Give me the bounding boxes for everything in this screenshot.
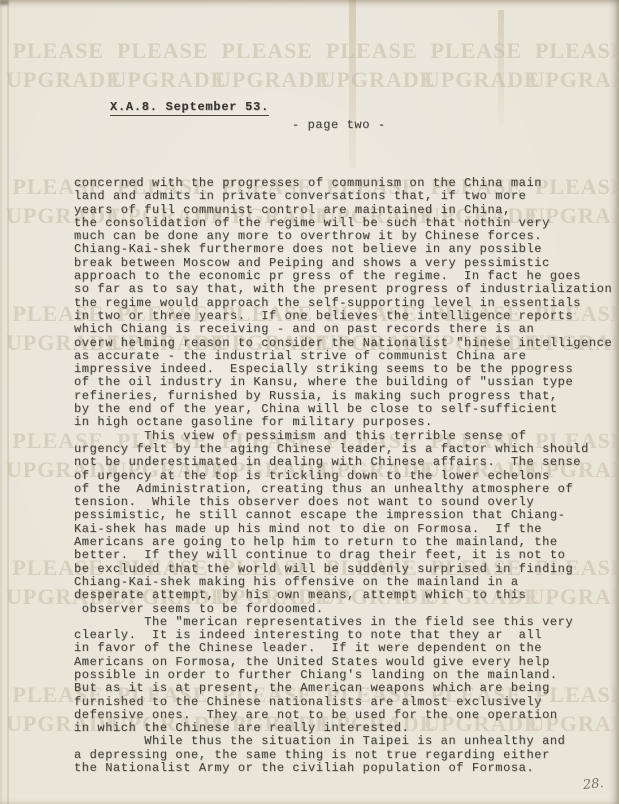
watermark-text: UPGRADE xyxy=(529,67,619,93)
watermark-text: PLEASE xyxy=(424,38,529,64)
watermark-text: UPGRADE xyxy=(320,67,425,93)
watermark-text: PLEASE xyxy=(111,38,216,64)
paper-crease xyxy=(498,10,504,125)
watermark-text: PLEASE xyxy=(215,38,320,64)
document-body-text: concerned with the progresses of communi… xyxy=(74,177,612,775)
page-label: - page two - xyxy=(292,118,386,132)
watermark-text: PLEASE xyxy=(320,38,425,64)
paper-crease xyxy=(349,0,356,168)
document-reference: X.A.8. September 53. xyxy=(110,100,269,116)
handwritten-page-number: 28. xyxy=(582,776,604,793)
paper-edge-line xyxy=(7,0,9,804)
scan-corner-smudge xyxy=(0,0,8,5)
document-page: PLEASEPLEASEPLEASEPLEASEPLEASEPLEASEUPGR… xyxy=(0,0,619,804)
watermark-text: PLEASE xyxy=(6,38,111,64)
watermark-text: PLEASE xyxy=(529,38,619,64)
watermark-text: UPGRADE xyxy=(6,67,111,93)
watermark-text: UPGRADE xyxy=(215,67,320,93)
watermark-text: UPGRADE xyxy=(424,67,529,93)
watermark-text: UPGRADE xyxy=(111,67,216,93)
